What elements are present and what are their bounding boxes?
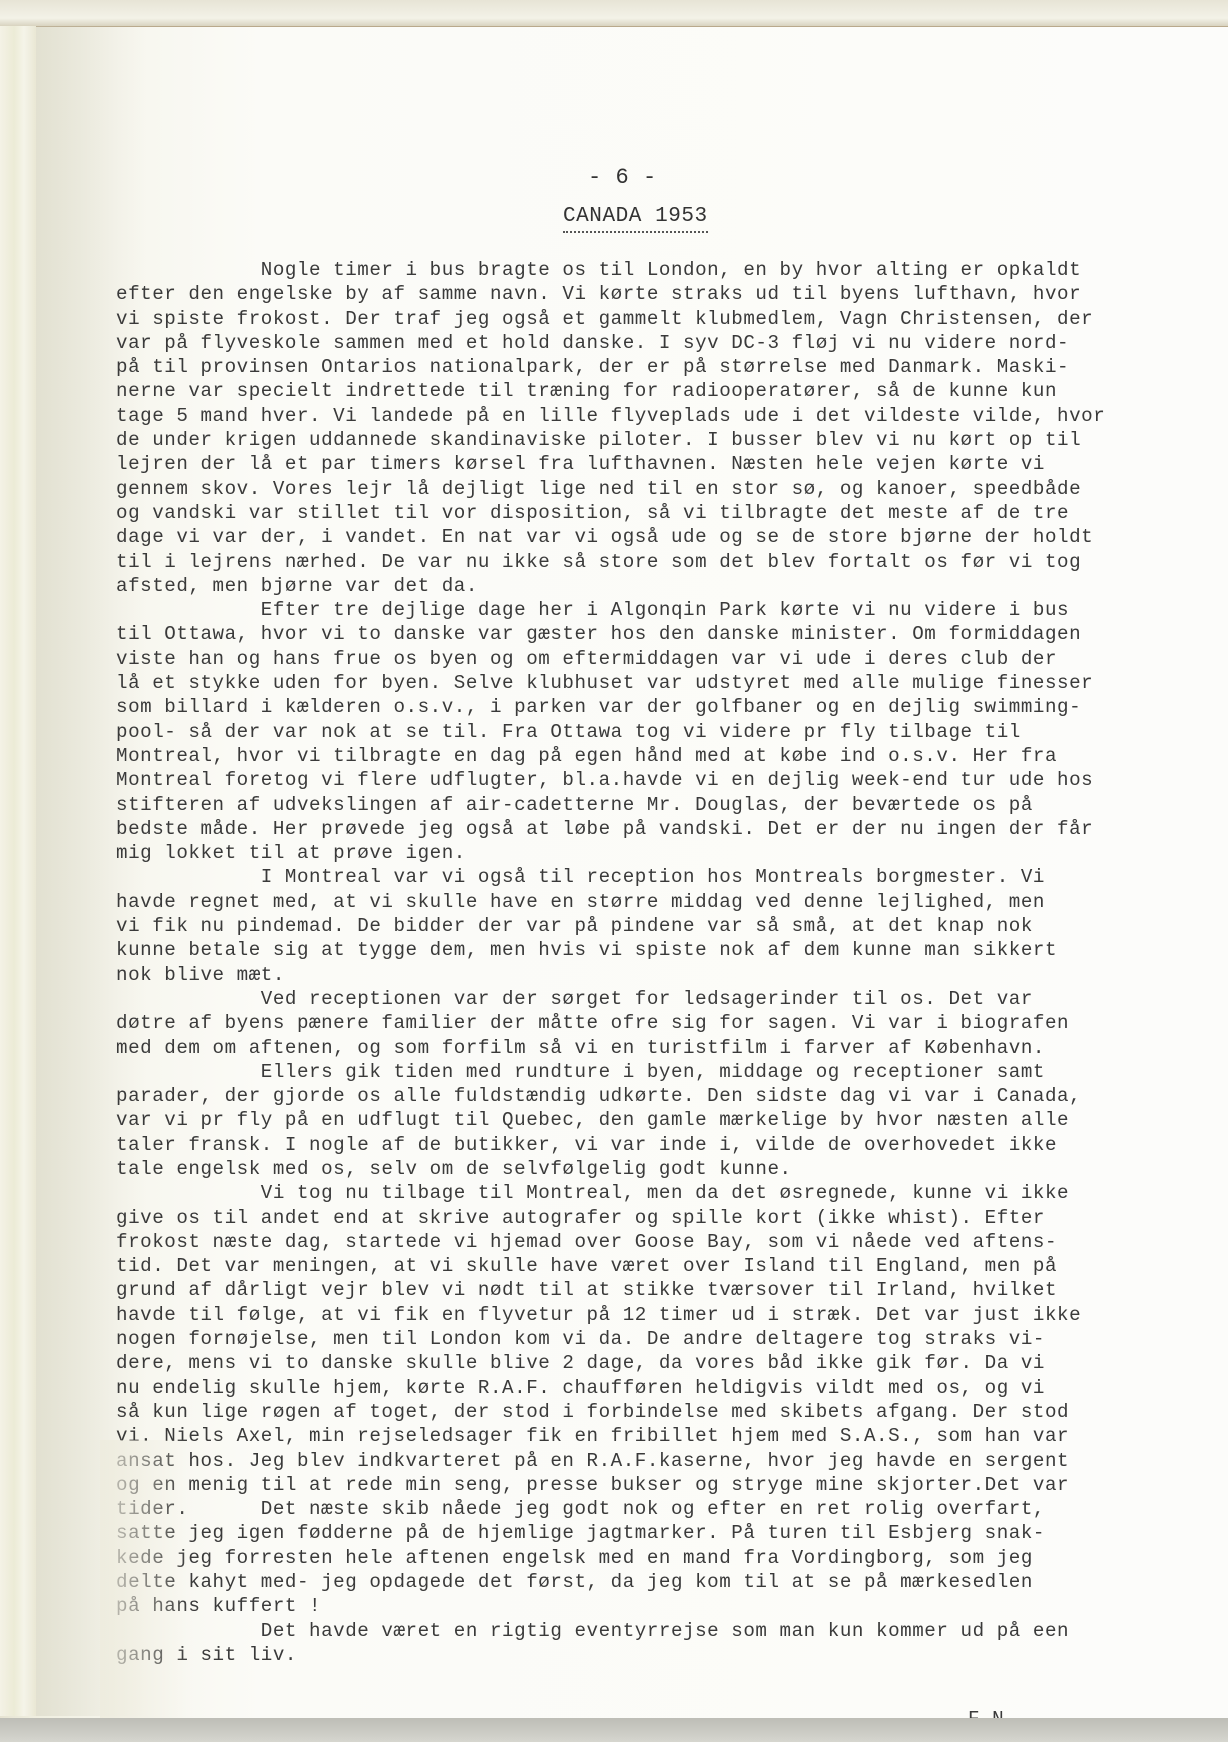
text-line: afsted, men bjørne var det da. (116, 574, 1216, 598)
text-line: havde regnet med, at vi skulle have en s… (116, 890, 1216, 914)
text-line: vi. Niels Axel, min rejseledsager fik en… (116, 1424, 1216, 1448)
text-line: give os til andet end at skrive autograf… (116, 1206, 1216, 1230)
text-line: så kun lige røgen af toget, der stod i f… (116, 1400, 1216, 1424)
text-line: viste han og hans frue os byen og om eft… (116, 647, 1216, 671)
page-fold-edge (0, 26, 36, 1716)
text-line: tale engelsk med os, selv om de selvfølg… (116, 1157, 1216, 1181)
text-line: på hans kuffert ! (116, 1594, 1216, 1618)
text-line: gang i sit liv. (116, 1643, 1216, 1667)
text-line: døtre af byens pænere familier der måtte… (116, 1011, 1216, 1035)
text-line: nok blive mæt. (116, 963, 1216, 987)
text-line: nerne var specielt indrettede til trænin… (116, 379, 1216, 403)
text-line: var vi pr fly på en udflugt til Quebec, … (116, 1108, 1216, 1132)
text-line: parader, der gjorde os alle fuldstændig … (116, 1084, 1216, 1108)
text-line: Ved receptionen var der sørget for ledsa… (116, 987, 1216, 1011)
text-line: Vi tog nu tilbage til Montreal, men da d… (116, 1181, 1216, 1205)
text-line: dere, mens vi to danske skulle blive 2 d… (116, 1351, 1216, 1375)
text-line: Nogle timer i bus bragte os til London, … (116, 258, 1216, 282)
text-line: Efter tre dejlige dage her i Algonqin Pa… (116, 598, 1216, 622)
document-title: CANADA 1953 (563, 205, 708, 233)
text-line: vi spiste frokost. Der traf jeg også et … (116, 307, 1216, 331)
text-line: og vandski var stillet til vor dispositi… (116, 501, 1216, 525)
text-line: lå et stykke uden for byen. Selve klubhu… (116, 671, 1216, 695)
scanner-bottom-edge (0, 1718, 1228, 1742)
body-text: Nogle timer i bus bragte os til London, … (116, 258, 1216, 1667)
text-line: var på flyveskole sammen med et hold dan… (116, 331, 1216, 355)
page-number: - 6 - (588, 166, 657, 190)
text-line: frokost næste dag, startede vi hjemad ov… (116, 1230, 1216, 1254)
text-line: delte kahyt med- jeg opdagede det først,… (116, 1570, 1216, 1594)
text-line: som billard i kælderen o.s.v., i parken … (116, 695, 1216, 719)
text-line: til i lejrens nærhed. De var nu ikke så … (116, 550, 1216, 574)
text-line: Montreal, hvor vi tilbragte en dag på eg… (116, 744, 1216, 768)
text-line: I Montreal var vi også til reception hos… (116, 865, 1216, 889)
text-line: taler fransk. I nogle af de butikker, vi… (116, 1133, 1216, 1157)
text-line: satte jeg igen fødderne på de hjemlige j… (116, 1521, 1216, 1545)
text-line: og en menig til at rede min seng, presse… (116, 1473, 1216, 1497)
text-line: pool- så der var nok at se til. Fra Otta… (116, 720, 1216, 744)
text-line: på til provinsen Ontarios nationalpark, … (116, 355, 1216, 379)
text-line: de under krigen uddannede skandinaviske … (116, 428, 1216, 452)
binder-top-edge (0, 0, 1228, 27)
text-line: Montreal foretog vi flere udflugter, bl.… (116, 768, 1216, 792)
text-line: nogen fornøjelse, men til London kom vi … (116, 1327, 1216, 1351)
text-line: tid. Det var meningen, at vi skulle have… (116, 1254, 1216, 1278)
text-line: Ellers gik tiden med rundture i byen, mi… (116, 1060, 1216, 1084)
text-line: gennem skov. Vores lejr lå dejligt lige … (116, 477, 1216, 501)
text-line: lejren der lå et par timers kørsel fra l… (116, 452, 1216, 476)
scanned-page: - 6 - CANADA 1953 Nogle timer i bus brag… (0, 0, 1228, 1718)
text-line: stifteren af udvekslingen af air-cadette… (116, 793, 1216, 817)
text-line: havde til følge, at vi fik en flyvetur p… (116, 1303, 1216, 1327)
text-line: bedste måde. Her prøvede jeg også at løb… (116, 817, 1216, 841)
text-line: tider. Det næste skib nåede jeg godt nok… (116, 1497, 1216, 1521)
text-line: tage 5 mand hver. Vi landede på en lille… (116, 404, 1216, 428)
text-line: efter den engelske by af samme navn. Vi … (116, 282, 1216, 306)
text-line: med dem om aftenen, og som forfilm så vi… (116, 1036, 1216, 1060)
text-line: vi fik nu pindemad. De bidder der var på… (116, 914, 1216, 938)
text-line: mig lokket til at prøve igen. (116, 841, 1216, 865)
text-line: ansat hos. Jeg blev indkvarteret på en R… (116, 1449, 1216, 1473)
text-line: dage vi var der, i vandet. En nat var vi… (116, 525, 1216, 549)
text-line: til Ottawa, hvor vi to danske var gæster… (116, 622, 1216, 646)
text-line: nu endelig skulle hjem, kørte R.A.F. cha… (116, 1376, 1216, 1400)
text-line: Det havde været en rigtig eventyrrejse s… (116, 1619, 1216, 1643)
text-line: kunne betale sig at tygge dem, men hvis … (116, 938, 1216, 962)
text-line: kede jeg forresten hele aftenen engelsk … (116, 1546, 1216, 1570)
text-line: grund af dårligt vejr blev vi nødt til a… (116, 1278, 1216, 1302)
